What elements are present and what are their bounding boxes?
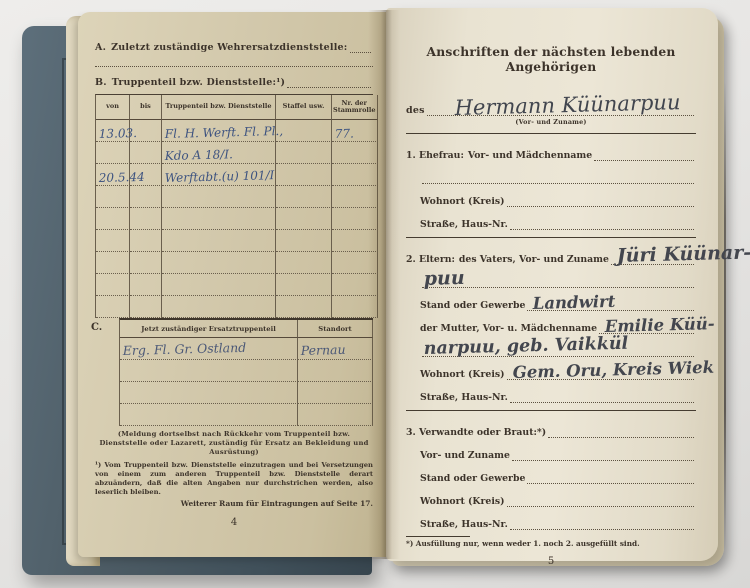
more-space-note: Weiterer Raum für Eintragungen auf Seite… — [95, 499, 373, 508]
table-cell — [96, 296, 130, 318]
table-cell — [276, 120, 332, 142]
mutter-line-2: narpuu, geb. Vaikkül — [422, 347, 694, 357]
table-cell — [120, 382, 298, 404]
col-header-von: von — [96, 95, 130, 120]
row-strasse-2: Straße, Haus-Nr. — [406, 382, 696, 403]
col-header-stammrolle: Nr. der Stammrolle — [332, 95, 378, 120]
table-cell: Fl. H. Werft. Fl. Pl., — [162, 120, 276, 142]
verwandte-label: Verwandte oder Braut:*) — [419, 427, 546, 438]
row-verwandte: 3. Verwandte oder Braut:*) — [406, 417, 696, 438]
row-stand-3: Stand oder Gewerbe — [406, 463, 696, 484]
stand-line: Landwirt — [527, 301, 694, 311]
stand-label: Stand oder Gewerbe — [420, 473, 525, 484]
table-cell — [96, 208, 130, 230]
divider — [406, 133, 696, 134]
table-cell — [162, 208, 276, 230]
page-title: Anschriften der nächsten lebenden Angehö… — [406, 44, 696, 74]
page-5: Anschriften der nächsten lebenden Angehö… — [386, 8, 718, 561]
section-b-blank-line — [287, 78, 371, 88]
table-cell — [130, 230, 162, 252]
footnote-star: *) Ausfüllung nur, wenn weder 1. noch 2.… — [406, 539, 696, 548]
blank-line — [548, 428, 694, 438]
table-cell — [130, 252, 162, 274]
footnote-rule — [406, 536, 470, 537]
eltern-label: Eltern: — [419, 254, 455, 265]
vater-line-2: puu — [422, 278, 694, 288]
row-eltern: 2. Eltern: des Vaters, Vor- und Zuname J… — [406, 244, 696, 265]
hw-standort: Pernau — [301, 342, 346, 358]
table-cell — [276, 274, 332, 296]
table-cell — [332, 252, 378, 274]
hw-vater-name-1: Jüri Küünar- — [616, 241, 750, 267]
row-wohnort-2: Wohnort (Kreis) Gem. Oru, Kreis Wiek — [406, 359, 696, 380]
table-cell — [276, 164, 332, 186]
hw-unit-2: Kdo A 18/I. — [165, 147, 233, 163]
page-number-5: 5 — [406, 556, 696, 567]
table-cell — [276, 142, 332, 164]
stand-label: Stand oder Gewerbe — [420, 300, 525, 311]
row-number: 2. — [406, 254, 419, 265]
meldung-note: (Meldung dortselbst nach Rückkehr vom Tr… — [95, 430, 373, 456]
table-cell — [120, 404, 298, 426]
table-cell: 13.03. — [96, 120, 130, 142]
des-label: des — [406, 105, 425, 116]
col-header-staffel: Staffel usw. — [276, 95, 332, 120]
table-cell — [332, 164, 378, 186]
hw-unit-1: Fl. H. Werft. Fl. Pl., — [165, 124, 284, 141]
table-cell — [130, 120, 162, 142]
row-mutter: der Mutter, Vor- u. Mädchenname Emilie K… — [406, 313, 696, 334]
table-cell — [298, 382, 373, 404]
col-header-bis: bis — [130, 95, 162, 120]
table-cell — [96, 274, 130, 296]
table-cell — [96, 230, 130, 252]
table-cell — [162, 230, 276, 252]
hw-mutter-name-1: Emilie Küü- — [605, 314, 715, 336]
unit-table: von bis Truppenteil bzw. Dienststelle St… — [95, 94, 373, 318]
table-cell — [162, 296, 276, 318]
table-cell — [130, 164, 162, 186]
divider — [406, 237, 696, 238]
name-row: des Hermann Küünarpuu — [406, 96, 696, 116]
row-wohnort-1: Wohnort (Kreis) — [406, 186, 696, 207]
table-cell — [298, 404, 373, 426]
footnote-1: ¹) Vom Truppenteil bzw. Dienststelle ein… — [95, 461, 373, 496]
table-cell — [276, 186, 332, 208]
table-cell — [96, 186, 130, 208]
blank-line — [527, 474, 694, 484]
row-wohnort-3: Wohnort (Kreis) — [406, 486, 696, 507]
table-cell — [130, 296, 162, 318]
table-cell: Erg. Fl. Gr. Ostland — [120, 338, 298, 360]
strasse-label: Straße, Haus-Nr. — [420, 519, 508, 530]
section-c: C. Jetzt zuständiger Ersatztruppenteil S… — [95, 318, 373, 426]
blank-line — [510, 220, 694, 230]
table-cell — [332, 208, 378, 230]
section-a-title: Zuletzt zuständige Wehrersatzdienststell… — [111, 42, 347, 53]
section-a-label: A. — [95, 42, 106, 53]
table-cell: Pernau — [298, 338, 373, 360]
wohnort-line: Gem. Oru, Kreis Wiek — [507, 370, 695, 380]
col-header-unit: Truppenteil bzw. Dienststelle — [162, 95, 276, 120]
table-cell — [332, 274, 378, 296]
row-strasse-1: Straße, Haus-Nr. — [406, 209, 696, 230]
ersatz-table: Jetzt zuständiger Ersatztruppenteil Stan… — [119, 318, 373, 426]
name-line: Hermann Küünarpuu — [427, 106, 694, 116]
mutter-label: der Mutter, Vor- u. Mädchenname — [420, 323, 597, 334]
row-number: 3. — [406, 427, 419, 438]
section-b-label: B. — [95, 77, 107, 88]
table-cell — [332, 230, 378, 252]
page-number-4: 4 — [95, 517, 373, 528]
table-cell — [96, 252, 130, 274]
strasse-label: Straße, Haus-Nr. — [420, 392, 508, 403]
blank-line — [422, 174, 694, 184]
section-a-blank-line — [350, 43, 372, 53]
table-cell: 77. — [332, 120, 378, 142]
row-ehefrau: 1. Ehefrau: Vor- und Mädchenname — [406, 140, 696, 161]
row-number: 1. — [406, 150, 419, 161]
table-cell — [332, 186, 378, 208]
section-b: B. Truppenteil bzw. Dienststelle:¹) — [95, 77, 373, 88]
table-cell — [276, 230, 332, 252]
table-cell: Kdo A 18/I. — [162, 142, 276, 164]
wohnort-label: Wohnort (Kreis) — [420, 496, 505, 507]
blank-line — [594, 151, 694, 161]
blank-line — [512, 451, 694, 461]
col-header-standort: Standort — [298, 320, 373, 338]
table-cell — [162, 186, 276, 208]
vorzuname-label: Vor- und Zuname — [420, 450, 510, 461]
blank-line — [507, 497, 695, 507]
hw-stammrolle-1: 77. — [335, 127, 354, 141]
divider — [406, 410, 696, 411]
table-cell — [332, 142, 378, 164]
photo-background: A. Zuletzt zuständige Wehrersatzdienstst… — [0, 0, 750, 588]
section-c-label: C. — [91, 322, 102, 333]
table-cell — [130, 142, 162, 164]
row-vater-2: puu — [406, 267, 696, 288]
section-a: A. Zuletzt zuständige Wehrersatzdienstst… — [95, 42, 373, 53]
table-cell — [120, 360, 298, 382]
hw-ersatz-unit: Erg. Fl. Gr. Ostland — [123, 340, 247, 358]
hw-mutter-name-2: narpuu, geb. Vaikkül — [423, 334, 628, 359]
row-vorzuname-3: Vor- und Zuname — [406, 440, 696, 461]
table-cell: Werftabt.(u) 101/I — [162, 164, 276, 186]
blank-line — [507, 197, 695, 207]
hw-wohnort: Gem. Oru, Kreis Wiek — [512, 358, 714, 382]
row-blank — [406, 163, 696, 184]
table-cell: 20.5.44 — [96, 164, 130, 186]
table-cell — [130, 186, 162, 208]
vater-line: Jüri Küünar- — [611, 255, 694, 265]
table-cell — [130, 208, 162, 230]
table-cell — [162, 274, 276, 296]
col-header-ersatztruppenteil: Jetzt zuständiger Ersatztruppenteil — [120, 320, 298, 338]
maedchenname-label: Vor- und Mädchenname — [468, 150, 592, 161]
row-mutter-2: narpuu, geb. Vaikkül — [406, 336, 696, 357]
blank-line — [510, 520, 694, 530]
wohnort-label: Wohnort (Kreis) — [420, 369, 505, 380]
vater-label: des Vaters, Vor- und Zuname — [459, 254, 609, 265]
section-a-blank-line-2 — [95, 53, 373, 67]
ehefrau-label: Ehefrau: — [419, 150, 464, 161]
hw-stand: Landwirt — [533, 292, 616, 313]
hw-unit-3: Werftabt.(u) 101/I — [165, 168, 275, 185]
table-cell — [332, 296, 378, 318]
name-sublabel: (Vor- und Zuname) — [406, 118, 696, 126]
table-cell — [276, 252, 332, 274]
blank-line — [510, 393, 694, 403]
section-b-title: Truppenteil bzw. Dienststelle:¹) — [112, 77, 286, 88]
table-cell — [276, 296, 332, 318]
page-4: A. Zuletzt zuständige Wehrersatzdienstst… — [78, 12, 386, 557]
table-cell — [162, 252, 276, 274]
table-cell — [130, 274, 162, 296]
row-strasse-3: Straße, Haus-Nr. — [406, 509, 696, 530]
row-stand-2: Stand oder Gewerbe Landwirt — [406, 290, 696, 311]
mutter-line: Emilie Küü- — [599, 324, 694, 334]
table-cell — [276, 208, 332, 230]
table-cell — [298, 360, 373, 382]
table-cell — [96, 142, 130, 164]
strasse-label: Straße, Haus-Nr. — [420, 219, 508, 230]
hw-vater-name-2: puu — [423, 267, 464, 290]
hw-name: Hermann Küünarpuu — [454, 90, 680, 120]
wohnort-label: Wohnort (Kreis) — [420, 196, 505, 207]
